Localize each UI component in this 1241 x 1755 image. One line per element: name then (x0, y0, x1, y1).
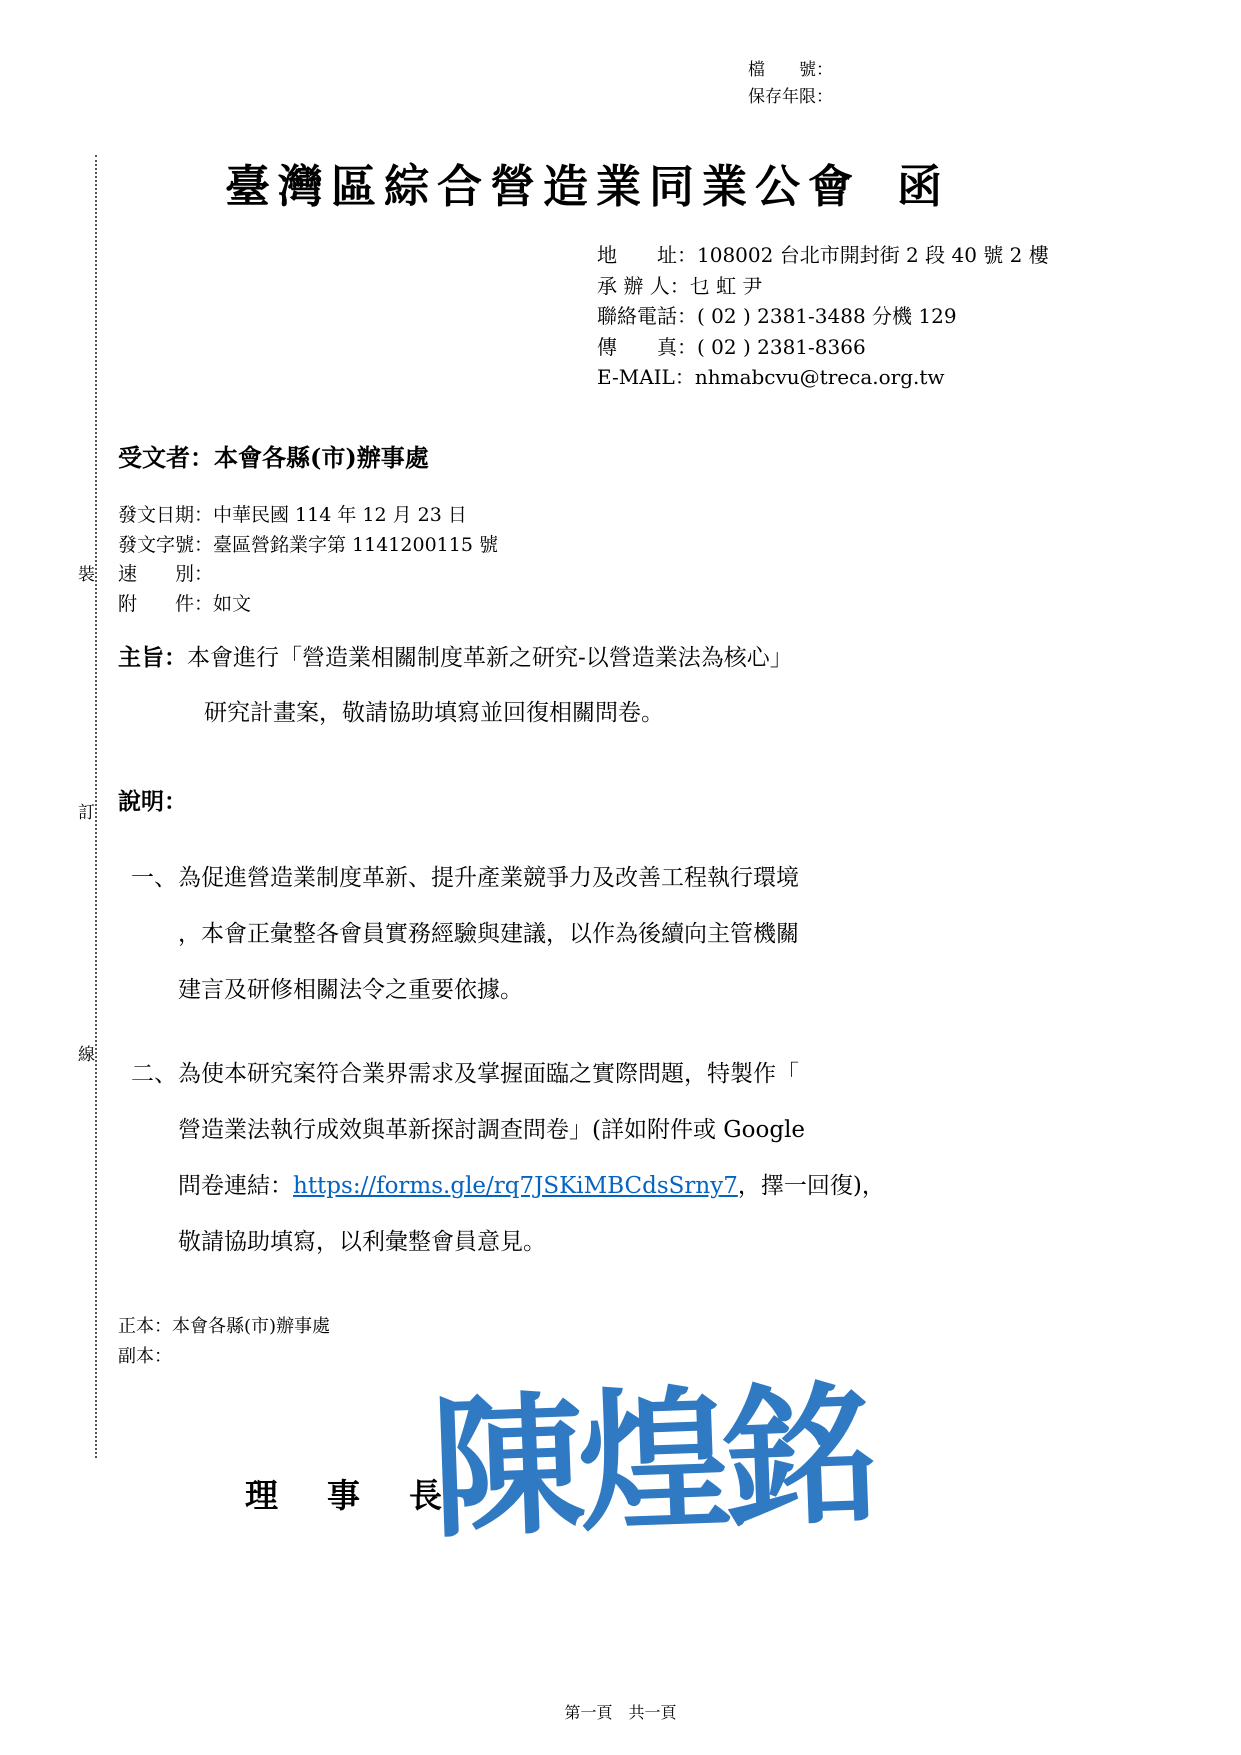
subject-block: 主旨：本會進行「營造業相關制度革新之研究-以營造業法為核心」 研究計畫案，敬請協… (118, 630, 793, 741)
address-label: 地 址： (597, 243, 697, 267)
subject-line-2: 研究計畫案，敬請協助填寫並回復相關問卷。 (204, 686, 793, 741)
document-type: 函 (897, 160, 950, 213)
item-2-line-1: 為使本研究案符合業界需求及掌握面臨之實際問題，特製作「 (178, 1046, 885, 1102)
address-line: 地 址：108002 台北市開封街 2 段 40 號 2 樓 (597, 240, 1049, 271)
dispatch-number-line: 發文字號：臺區營銘業字第 1141200115 號 (118, 531, 498, 561)
copies-block: 正本：本會各縣(市)辦事處 副本： (118, 1312, 330, 1372)
item-2-line-2: 營造業法執行成效與革新探討調查問卷」(詳如附件或 Google (178, 1102, 885, 1158)
subject-line-1: 主旨：本會進行「營造業相關制度革新之研究-以營造業法為核心」 (118, 630, 793, 686)
phone-value: ( 02 ) 2381-3488 分機 129 (697, 304, 957, 328)
email-value: nhmabcvu@treca.org.tw (695, 365, 945, 389)
file-reference-block: 檔 號： 保存年限： (748, 57, 833, 111)
survey-link-prefix: 問卷連結： (178, 1173, 293, 1199)
explanation-heading: 說明： (118, 783, 187, 816)
item-2-body: 為使本研究案符合業界需求及掌握面臨之實際問題，特製作「 營造業法執行成效與革新探… (178, 1046, 885, 1270)
organization-name: 臺灣區綜合營造業同業公會 (225, 160, 861, 213)
chairman-signature: 陳煌銘 (429, 1374, 872, 1549)
address-value: 108002 台北市開封街 2 段 40 號 2 樓 (697, 243, 1049, 267)
officer-label: 承 辦 人： (597, 274, 690, 298)
fax-value: ( 02 ) 2381-8366 (697, 335, 866, 359)
item-2-line-4: 敬請協助填寫，以利彙整會員意見。 (178, 1214, 885, 1270)
speed-class-line: 速 別： (118, 560, 498, 590)
binding-mark-ding: 訂 (78, 798, 95, 823)
survey-link-suffix: ，擇一回復)， (738, 1173, 885, 1199)
item-2-number: 二、 (131, 1046, 178, 1270)
officer-value: 乜 虹 尹 (690, 274, 763, 298)
email-label: E-MAIL： (597, 365, 695, 389)
chairman-title: 理 事 長 (245, 1470, 450, 1517)
file-number-label: 檔 號： (748, 57, 833, 84)
subject-label: 主旨： (118, 644, 187, 671)
item-1-body: 為促進營造業制度革新、提升產業競爭力及改善工程執行環境 ，本會正彙整各會員實務經… (178, 850, 799, 1018)
official-letter-page: 檔 號： 保存年限： 臺灣區綜合營造業同業公會函 地 址：108002 台北市開… (0, 0, 1241, 1755)
page-number-footer: 第一頁 共一頁 (0, 1700, 1241, 1723)
officer-line: 承 辦 人：乜 虹 尹 (597, 271, 1049, 302)
dispatch-meta-block: 發文日期：中華民國 114 年 12 月 23 日 發文字號：臺區營銘業字第 1… (118, 501, 498, 619)
explanation-item-2: 二、 為使本研究案符合業界需求及掌握面臨之實際問題，特製作「 營造業法執行成效與… (131, 1046, 885, 1270)
recipient-line: 受文者：本會各縣(市)辦事處 (118, 438, 429, 473)
attachment-line: 附 件：如文 (118, 590, 498, 620)
item-1-number: 一、 (131, 850, 178, 1018)
google-form-link[interactable]: https://forms.gle/rq7JSKiMBCdsSrny7 (293, 1173, 738, 1199)
document-title: 臺灣區綜合營造業同業公會函 (225, 150, 950, 215)
subject-text-1: 本會進行「營造業相關制度革新之研究-以營造業法為核心」 (187, 645, 793, 671)
cc-copy-line: 副本： (118, 1342, 330, 1372)
item-2-line-3: 問卷連結：https://forms.gle/rq7JSKiMBCdsSrny7… (178, 1158, 885, 1214)
email-line: E-MAIL：nhmabcvu@treca.org.tw (597, 362, 1049, 393)
contact-block: 地 址：108002 台北市開封街 2 段 40 號 2 樓 承 辦 人：乜 虹… (597, 240, 1049, 393)
explanation-item-1: 一、 為促進營造業制度革新、提升產業競爭力及改善工程執行環境 ，本會正彙整各會員… (131, 850, 799, 1018)
phone-line: 聯絡電話：( 02 ) 2381-3488 分機 129 (597, 301, 1049, 332)
fax-line: 傳 真：( 02 ) 2381-8366 (597, 332, 1049, 363)
item-1-line-1: 為促進營造業制度革新、提升產業競爭力及改善工程執行環境 (178, 850, 799, 906)
item-1-line-3: 建言及研修相關法令之重要依據。 (178, 962, 799, 1018)
binding-mark-xian: 線 (78, 1040, 95, 1065)
retention-period-label: 保存年限： (748, 84, 833, 111)
binding-mark-zhuang: 裝 (78, 560, 95, 585)
binding-dotted-line (95, 155, 97, 1458)
dispatch-date-line: 發文日期：中華民國 114 年 12 月 23 日 (118, 501, 498, 531)
phone-label: 聯絡電話： (597, 304, 697, 328)
original-copy-line: 正本：本會各縣(市)辦事處 (118, 1312, 330, 1342)
item-1-line-2: ，本會正彙整各會員實務經驗與建議，以作為後續向主管機關 (178, 906, 799, 962)
fax-label: 傳 真： (597, 335, 697, 359)
